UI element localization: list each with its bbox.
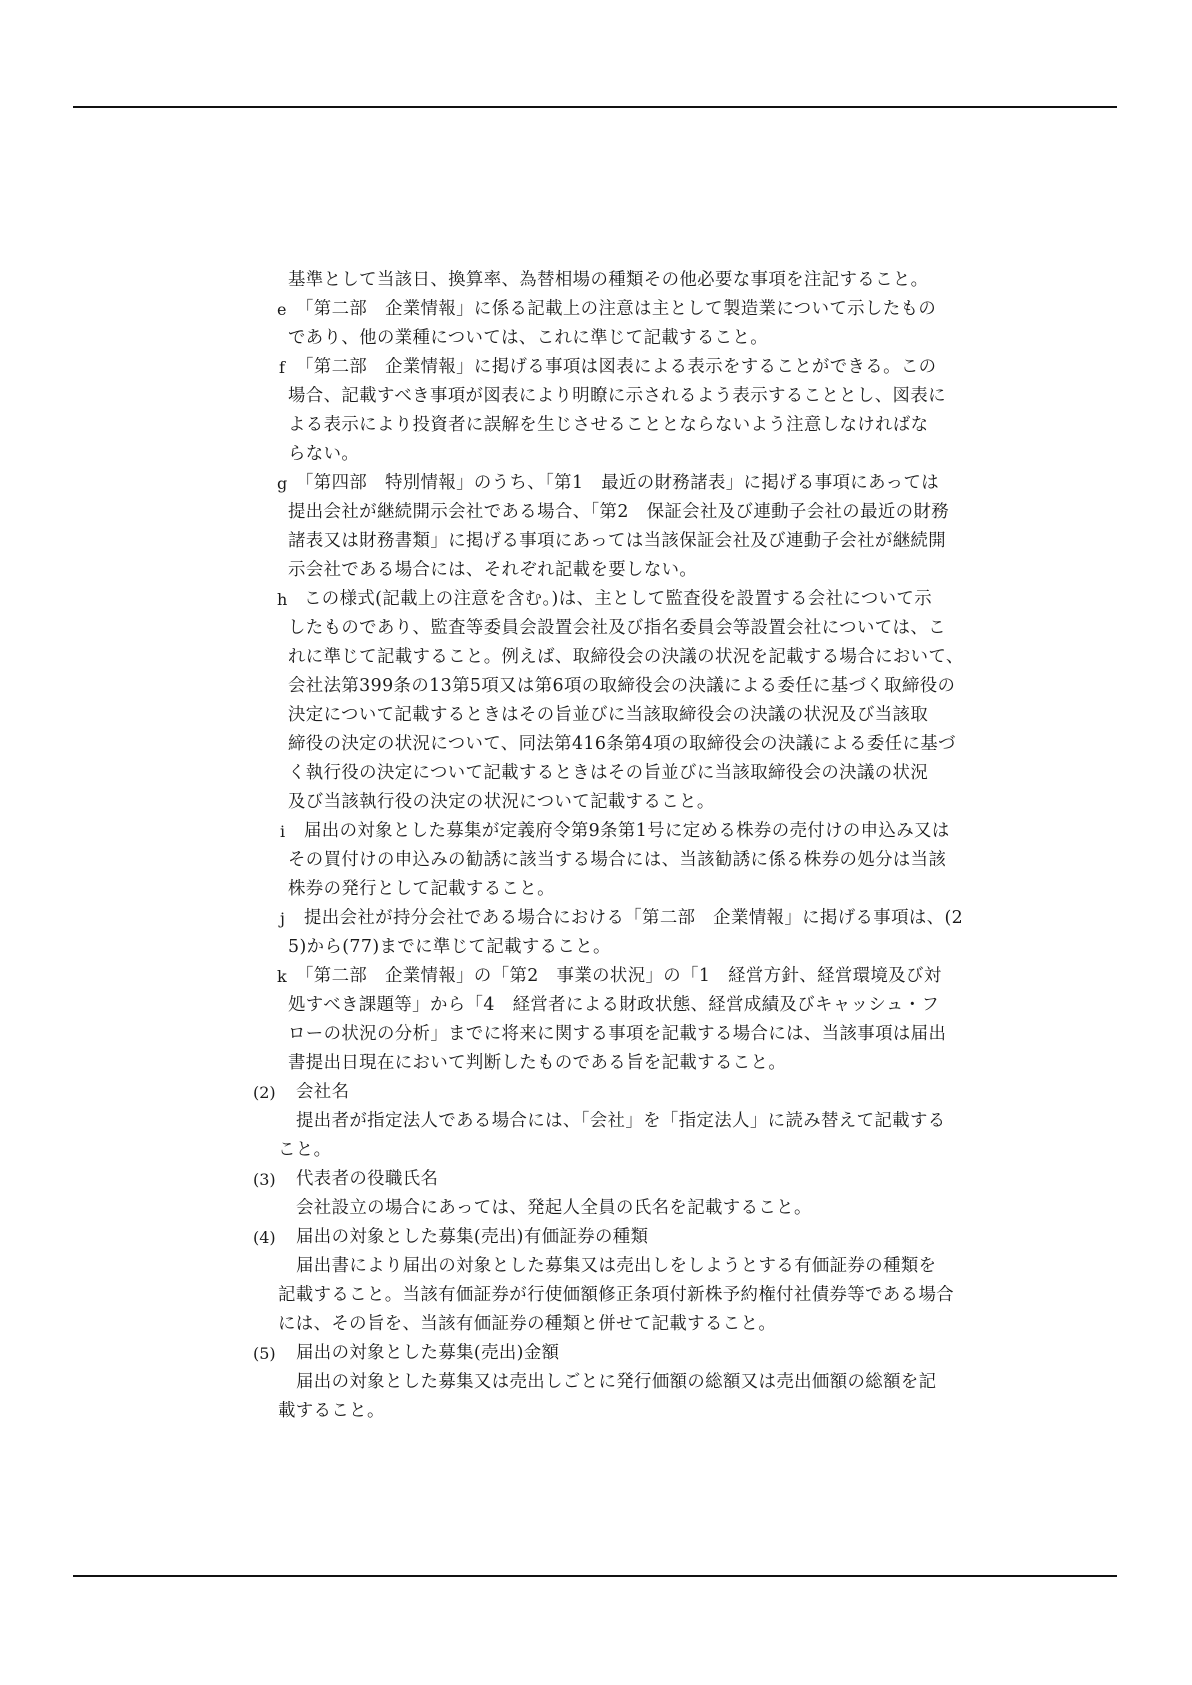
item-marker-e: e — [277, 295, 286, 324]
section-number-3: (3) — [253, 1165, 276, 1194]
item-marker-k: k — [277, 962, 287, 991]
item-marker-f: f — [279, 353, 285, 382]
item-d-continuation: 基準として当該日、換算率、為替相場の種類その他必要な事項を注記すること。 — [288, 266, 928, 295]
section-3-line: 会社設立の場合にあっては、発起人全員の氏名を記載すること。 — [296, 1194, 812, 1223]
section-4-line: 届出書により届出の対象とした募集又は売出しをしようとする有価証券の種類を — [296, 1252, 936, 1281]
section-5-line: 届出の対象とした募集又は売出しごとに発行価額の総額又は売出価額の総額を記 — [296, 1368, 936, 1397]
item-h-line: 及び当該執行役の決定の状況について記載すること。 — [288, 788, 715, 817]
item-e-line: 「第二部 企業情報」に係る記載上の注意は主として製造業について示したもの — [296, 295, 936, 324]
section-title-securities-type: 届出の対象とした募集(売出)有価証券の種類 — [296, 1223, 648, 1252]
item-k-line: ローの状況の分析」までに将来に関する事項を記載する場合には、当該事項は届出 — [288, 1020, 946, 1049]
section-2-line: 提出者が指定法人である場合には、「会社」を「指定法人」に読み替えて記載する — [296, 1107, 946, 1136]
item-f-line: よる表示により投資者に誤解を生じさせることとならないよう注意しなければな — [288, 411, 928, 440]
section-number-4: (4) — [253, 1223, 276, 1252]
section-5-line: 載すること。 — [278, 1397, 385, 1426]
footer-rule — [73, 1575, 1117, 1577]
item-marker-g: g — [277, 469, 287, 498]
item-g-line: 諸表又は財務書類」に掲げる事項にあっては当該保証会社及び連動子会社が継続開 — [288, 527, 946, 556]
item-i-line: 株券の発行として記載すること。 — [288, 875, 555, 904]
section-title-company-name: 会社名 — [296, 1078, 349, 1107]
section-4-line: 記載すること。当該有価証券が行使価額修正条項付新株予約権付社債券等である場合 — [278, 1281, 954, 1310]
item-g-line: 「第四部 特別情報」のうち、「第1 最近の財務諸表」に掲げる事項にあっては — [296, 469, 939, 498]
item-marker-h: h — [277, 585, 287, 614]
section-4-line: には、その旨を、当該有価証券の種類と併せて記載すること。 — [278, 1310, 776, 1339]
item-h-line: 会社法第399条の13第5項又は第6項の取締役会の決議による委任に基づく取締役の — [288, 672, 955, 701]
section-number-2: (2) — [253, 1078, 276, 1107]
header-rule — [73, 106, 1117, 108]
item-h-line: したものであり、監査等委員会設置会社及び指名委員会等設置会社については、こ — [288, 614, 946, 643]
item-h-line: く執行役の決定について記載するときはその旨並びに当該取締役会の決議の状況 — [288, 759, 928, 788]
item-g-line: 示会社である場合には、それぞれ記載を要しない。 — [288, 556, 697, 585]
item-f-line: 場合、記載すべき事項が図表により明瞭に示されるよう表示することとし、図表に — [288, 382, 946, 411]
section-title-representative: 代表者の役職氏名 — [296, 1165, 438, 1194]
item-e-line: であり、他の業種については、これに準じて記載すること。 — [288, 324, 768, 353]
item-i-line: 届出の対象とした募集が定義府令第9条第1号に定める株券の売付けの申込み又は — [304, 817, 950, 846]
item-f-line: らない。 — [288, 440, 359, 469]
item-g-line: 提出会社が継続開示会社である場合、「第2 保証会社及び連動子会社の最近の財務 — [288, 498, 949, 527]
item-f-line: 「第二部 企業情報」に掲げる事項は図表による表示をすることができる。この — [296, 353, 936, 382]
item-h-line: 決定について記載するときはその旨並びに当該取締役会の決議の状況及び当該取 — [288, 701, 928, 730]
item-h-line: この様式(記載上の注意を含む。)は、主として監査役を設置する会社について示 — [304, 585, 932, 614]
item-k-line: 書提出日現在において判断したものである旨を記載すること。 — [288, 1049, 786, 1078]
item-marker-j: j — [280, 904, 285, 933]
section-number-5: (5) — [253, 1339, 276, 1368]
section-2-line: こと。 — [278, 1136, 331, 1165]
item-h-line: 締役の決定の状況について、同法第416条第4項の取締役会の決議による委任に基づ — [288, 730, 956, 759]
item-marker-i: i — [280, 817, 285, 846]
item-k-line: 「第二部 企業情報」の「第2 事業の状況」の「1 経営方針、経営環境及び対 — [296, 962, 942, 991]
item-i-line: その買付けの申込みの勧誘に該当する場合には、当該勧誘に係る株券の処分は当該 — [288, 846, 946, 875]
item-j-line: 5)から(77)までに準じて記載すること。 — [288, 933, 611, 962]
item-j-line: 提出会社が持分会社である場合における「第二部 企業情報」に掲げる事項は、(2 — [304, 904, 963, 933]
item-h-line: れに準じて記載すること。例えば、取締役会の決議の状況を記載する場合において、 — [288, 643, 964, 672]
item-k-line: 処すべき課題等」から「4 経営者による財政状態、経営成績及びキャッシュ・フ — [288, 991, 939, 1020]
section-title-offering-amount: 届出の対象とした募集(売出)金額 — [296, 1339, 559, 1368]
